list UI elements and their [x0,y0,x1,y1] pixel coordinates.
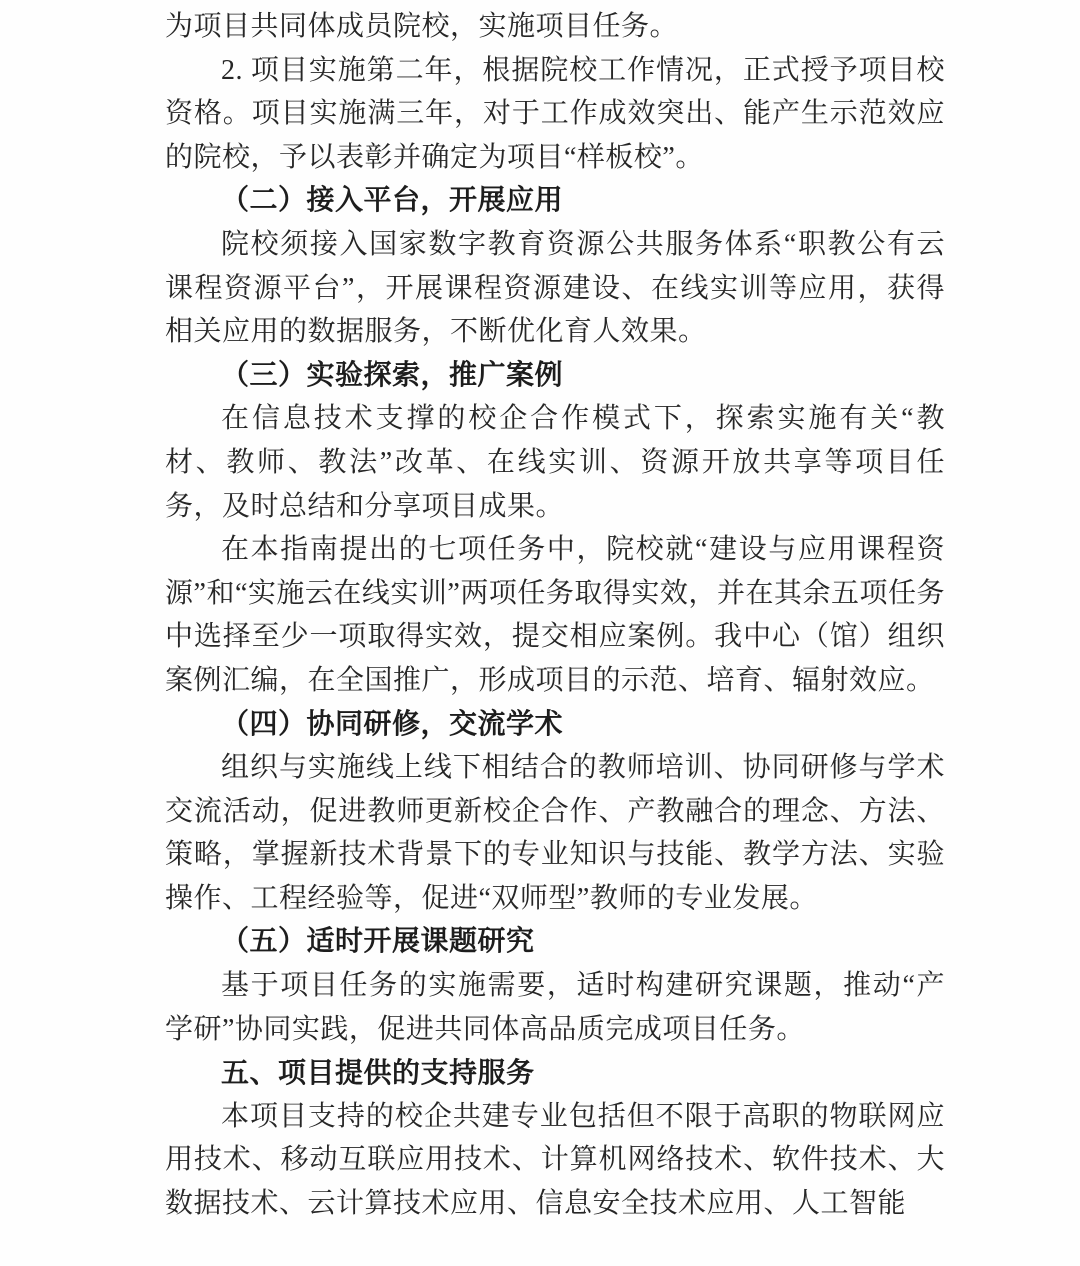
chapter-heading: 五、项目提供的支持服务 [165,1051,945,1095]
document-page: 为项目共同体成员院校，实施项目任务。2. 项目实施第二年，根据院校工作情况，正式… [0,0,1080,1266]
section-heading: （三）实验探索，推广案例 [165,354,945,398]
section-heading: （二）接入平台，开展应用 [165,179,945,223]
paragraph: 基于项目任务的实施需要，适时构建研究课题，推动“产学研”协同实践，促进共同体高品… [165,964,945,1051]
paragraph: 在本指南提出的七项任务中，院校就“建设与应用课程资源”和“实施云在线实训”两项任… [165,528,945,702]
paragraph: 组织与实施线上线下相结合的教师培训、协同研修与学术交流活动，促进教师更新校企合作… [165,746,945,920]
paragraph-continuation: 为项目共同体成员院校，实施项目任务。 [165,5,945,49]
paragraph: 院校须接入国家数字教育资源公共服务体系“职教公有云课程资源平台”，开展课程资源建… [165,223,945,354]
paragraph: 在信息技术支撑的校企合作模式下，探索实施有关“教材、教师、教法”改革、在线实训、… [165,397,945,528]
document-body: 为项目共同体成员院校，实施项目任务。2. 项目实施第二年，根据院校工作情况，正式… [165,5,945,1226]
section-heading: （四）协同研修，交流学术 [165,703,945,747]
section-heading: （五）适时开展课题研究 [165,920,945,964]
paragraph: 本项目支持的校企共建专业包括但不限于高职的物联网应用技术、移动互联应用技术、计算… [165,1095,945,1226]
paragraph: 2. 项目实施第二年，根据院校工作情况，正式授予项目校资格。项目实施满三年，对于… [165,49,945,180]
